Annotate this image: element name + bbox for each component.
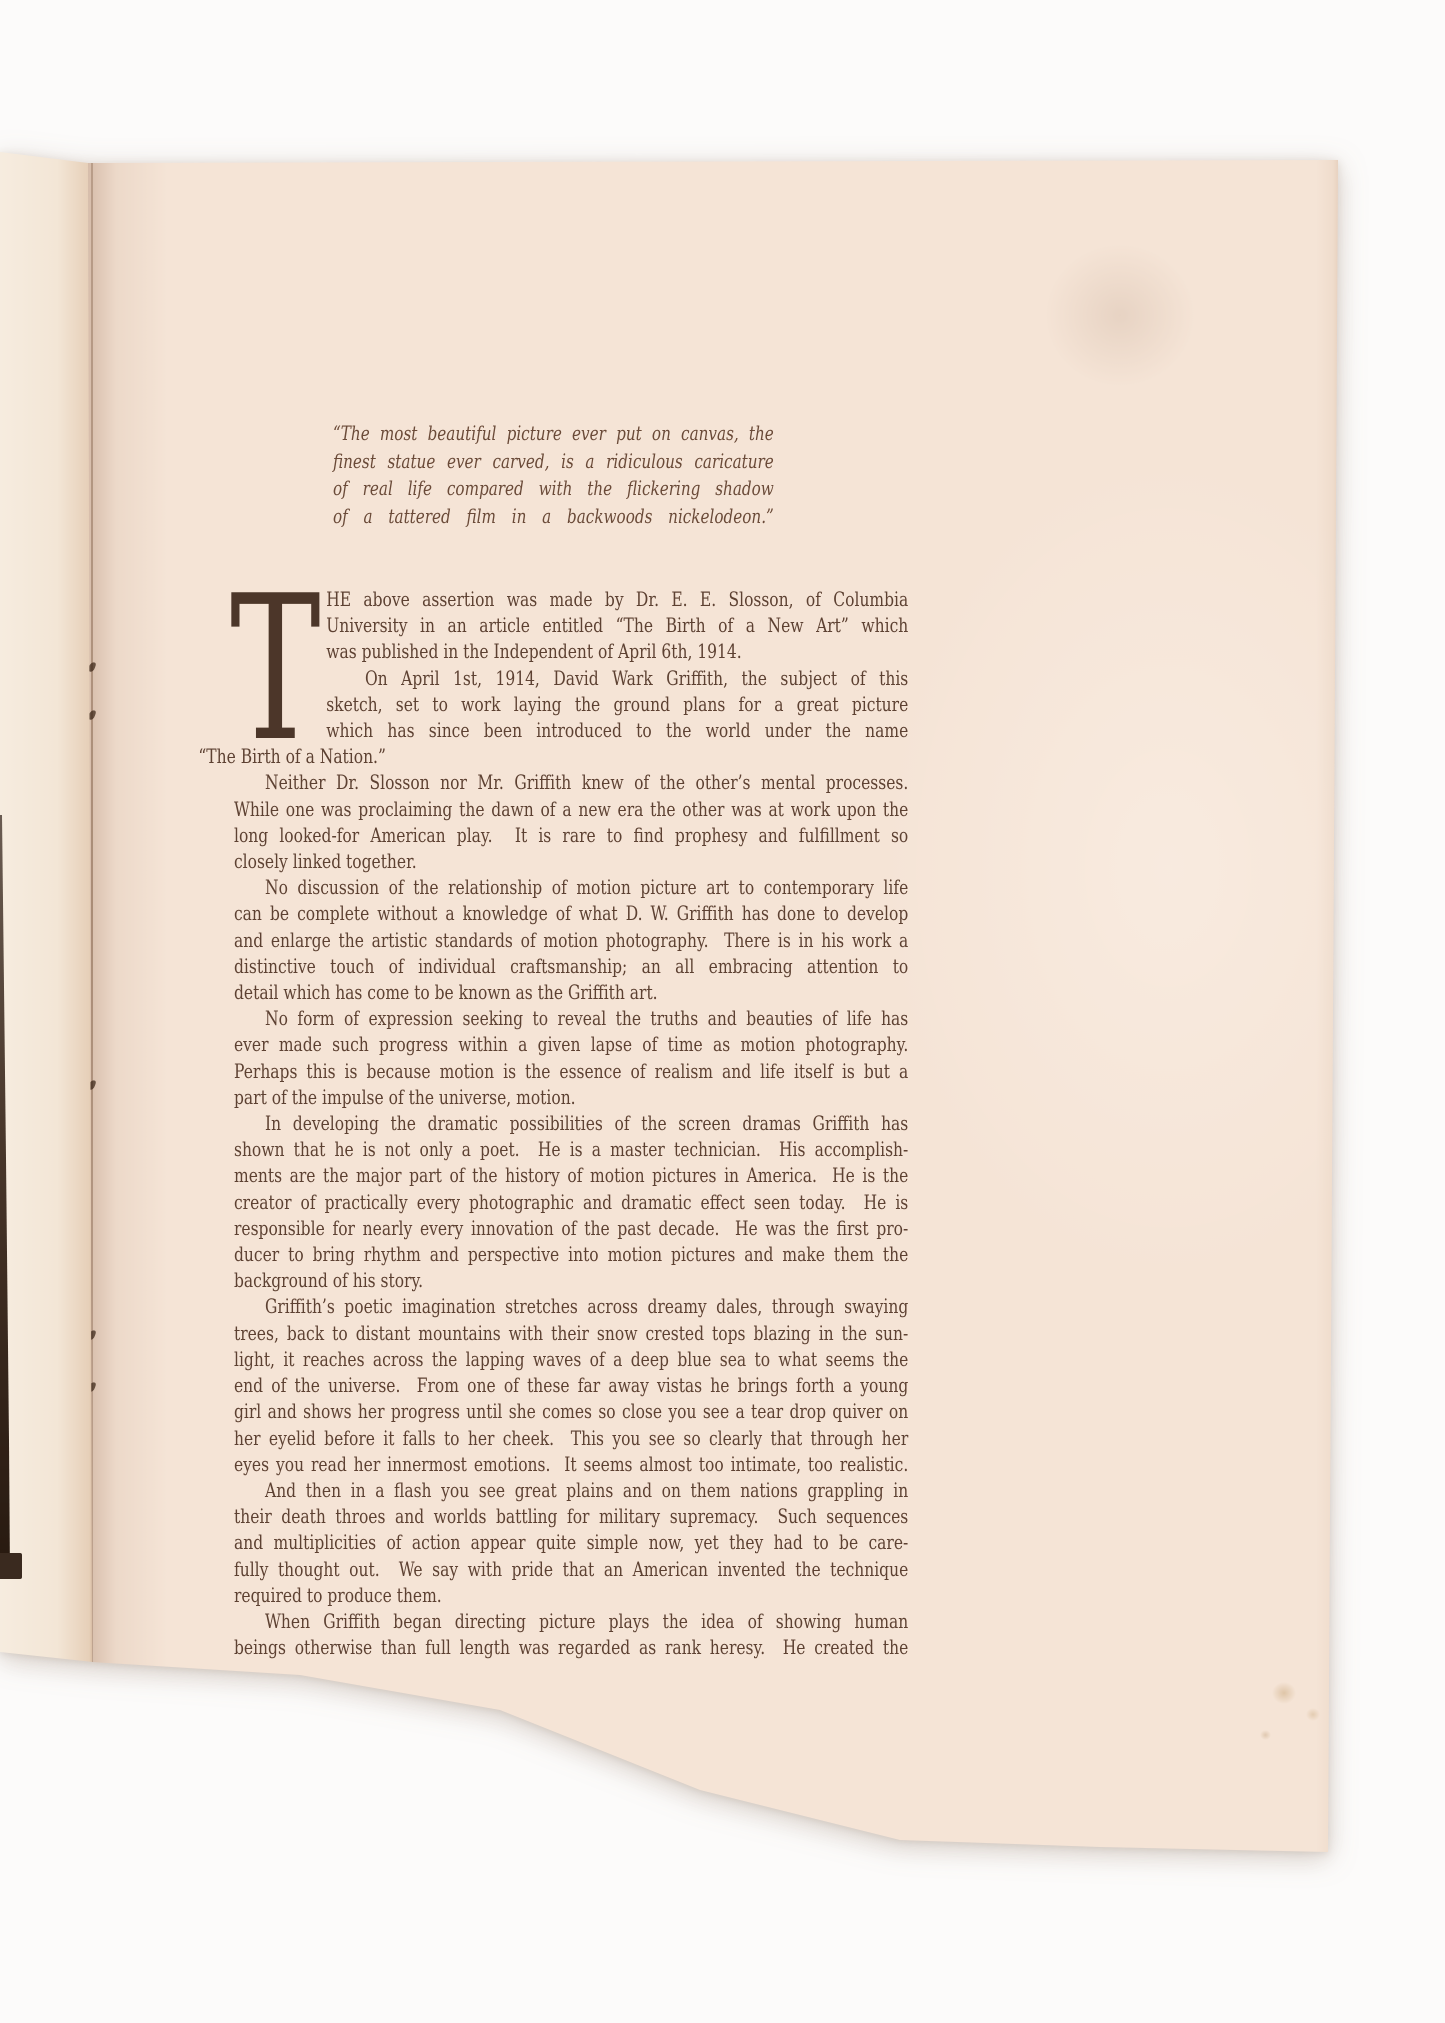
text-line: responsible for nearly every innovation … <box>234 1215 908 1241</box>
epigraph-line: of real life compared with the flickerin… <box>333 475 774 503</box>
text-line: girl and shows her progress until she co… <box>234 1398 908 1424</box>
paragraph: Griffith’s poetic imagination stretches … <box>234 1293 908 1476</box>
paragraph: In developing the dramatic possibilities… <box>234 1110 908 1293</box>
book-page: “The most beautiful picture ever put on … <box>88 148 1342 1860</box>
text-line: Perhaps this is because motion is the es… <box>234 1058 908 1084</box>
stain <box>1260 1730 1271 1740</box>
text-line: background of his story. <box>234 1267 908 1293</box>
text-line: closely linked together. <box>234 848 908 874</box>
open-booklet: “The most beautiful picture ever put on … <box>0 0 1445 2023</box>
text-line: Griffith’s poetic imagination stretches … <box>234 1293 908 1319</box>
text-line: University in an article entitled “The B… <box>234 612 908 638</box>
paragraph: And then in a flash you see great plains… <box>234 1477 908 1608</box>
paragraph: Neither Dr. Slosson nor Mr. Griffith kne… <box>234 769 908 874</box>
text-line: ever made such progress within a given l… <box>234 1031 908 1057</box>
plate-frame-corner <box>0 1553 22 1579</box>
epigraph-line: finest statue ever carved, is a ridiculo… <box>333 448 774 476</box>
text-line: In developing the dramatic possibilities… <box>234 1110 908 1136</box>
paragraph: No form of expression seeking to reveal … <box>234 1005 908 1110</box>
text-line: end of the universe. From one of these f… <box>234 1372 908 1398</box>
text-line: was published in the Independent of Apri… <box>234 638 908 664</box>
left-page-edge <box>0 146 95 1668</box>
stain <box>1272 1682 1296 1704</box>
text-line: part of the impulse of the universe, mot… <box>234 1084 908 1110</box>
paragraph: When Griffith began directing picture pl… <box>234 1608 908 1660</box>
text-line: When Griffith began directing picture pl… <box>234 1608 908 1634</box>
text-line: can be complete without a knowledge of w… <box>234 900 908 926</box>
body-text: HE above assertion was made by Dr. E. E.… <box>234 586 908 1660</box>
text-line: HE above assertion was made by Dr. E. E.… <box>234 586 908 612</box>
text-line: creator of practically every photographi… <box>234 1189 908 1215</box>
text-line: eyes you read her innermost emotions. It… <box>234 1451 908 1477</box>
epigraph-line: “The most beautiful picture ever put on … <box>333 420 774 448</box>
text-line: “The Birth of a Nation.” <box>198 743 908 769</box>
text-line: ducer to bring rhythm and perspective in… <box>234 1241 908 1267</box>
text-line: distinctive touch of individual craftsma… <box>234 953 908 979</box>
text-line: light, it reaches across the lapping wav… <box>234 1346 908 1372</box>
text-line: No form of expression seeking to reveal … <box>234 1005 908 1031</box>
text-line: shown that he is not only a poet. He is … <box>234 1136 908 1162</box>
text-line: No discussion of the relationship of mot… <box>234 874 908 900</box>
text-line: While one was proclaiming the dawn of a … <box>234 796 908 822</box>
text-line: And then in a flash you see great plains… <box>234 1477 908 1503</box>
text-line: Neither Dr. Slosson nor Mr. Griffith kne… <box>234 769 908 795</box>
text-line: trees, back to distant mountains with th… <box>234 1320 908 1346</box>
paragraph: HE above assertion was made by Dr. E. E.… <box>234 586 908 769</box>
book-photo: “The most beautiful picture ever put on … <box>0 0 1445 2023</box>
text-line: their death throes and worlds battling f… <box>234 1503 908 1529</box>
text-line: required to produce them. <box>234 1582 908 1608</box>
text-line: which has since been introduced to the w… <box>234 717 908 743</box>
text-line: and enlarge the artistic standards of mo… <box>234 927 908 953</box>
text-line: beings otherwise than full length was re… <box>234 1634 908 1660</box>
stain <box>1306 1708 1320 1721</box>
text-line: long looked-for American play. It is rar… <box>234 822 908 848</box>
text-line: On April 1st, 1914, David Wark Griffith,… <box>234 665 908 691</box>
epigraph-line: of a tattered film in a backwoods nickel… <box>333 503 774 531</box>
text-line: and multiplicities of action appear quit… <box>234 1529 908 1555</box>
text-line: ments are the major part of the history … <box>234 1162 908 1188</box>
text-line: her eyelid before it falls to her cheek.… <box>234 1425 908 1451</box>
paragraph: No discussion of the relationship of mot… <box>234 874 908 1005</box>
plate-edge-strip <box>0 815 10 1578</box>
text-line: detail which has come to be known as the… <box>234 979 908 1005</box>
text-line: sketch, set to work laying the ground pl… <box>234 691 908 717</box>
paper-smudge <box>1015 215 1225 415</box>
epigraph: “The most beautiful picture ever put on … <box>333 420 774 530</box>
text-line: fully thought out. We say with pride tha… <box>234 1556 908 1582</box>
